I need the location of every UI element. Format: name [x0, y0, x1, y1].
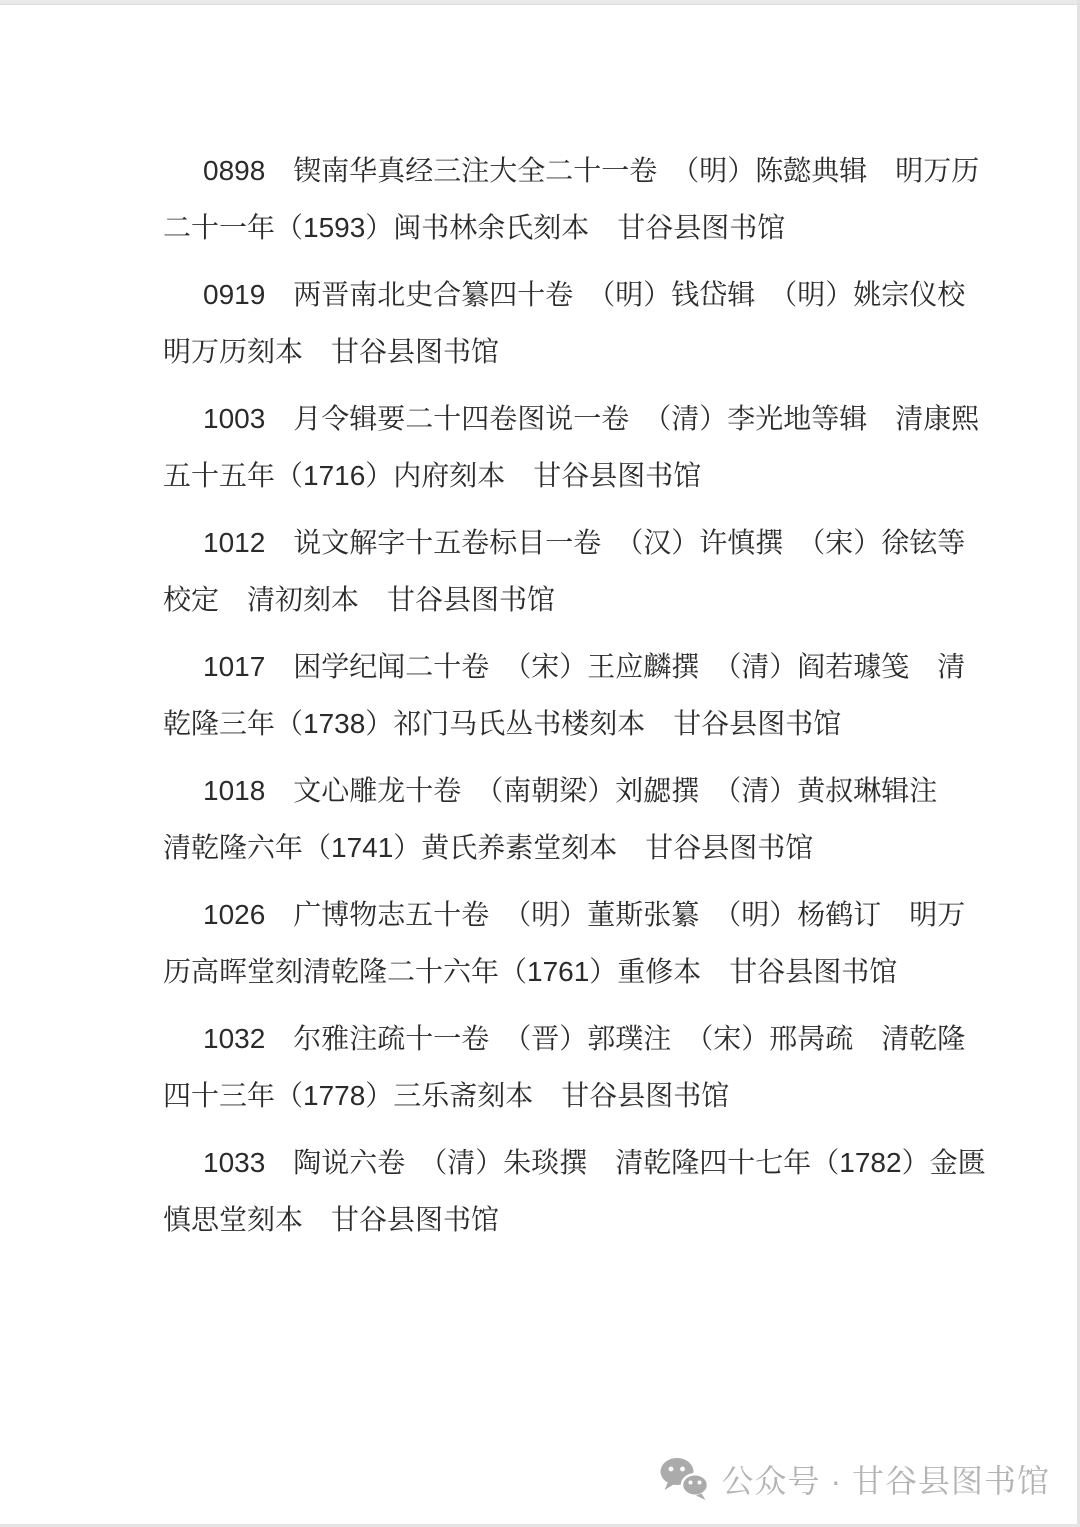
catalog-entry: 1032 尔雅注疏十一卷 （晋）郭璞注 （宋）邢昺疏 清乾隆 四十三年（1778…: [163, 1010, 963, 1124]
catalog-entry: 0898 锲南华真经三注大全二十一卷 （明）陈懿典辑 明万历 二十一年（1593…: [163, 142, 963, 256]
catalog-entry: 1003 月令辑要二十四卷图说一卷 （清）李光地等辑 清康熙 五十五年（1716…: [163, 390, 963, 504]
entry-line-2: 乾隆三年（1738）祁门马氏丛书楼刻本 甘谷县图书馆: [163, 695, 963, 752]
catalog-entry: 1026 广博物志五十卷 （明）董斯张纂 （明）杨鹤订 明万 历高晖堂刻清乾隆二…: [163, 886, 963, 1000]
entry-line-1: 1033 陶说六卷 （清）朱琰撰 清乾隆四十七年（1782）金匮: [163, 1134, 963, 1191]
entry-line-1: 1018 文心雕龙十卷 （南朝梁）刘勰撰 （清）黄叔琳辑注: [163, 762, 963, 819]
entry-line-2: 历高晖堂刻清乾隆二十六年（1761）重修本 甘谷县图书馆: [163, 943, 963, 1000]
catalog-entry: 1033 陶说六卷 （清）朱琰撰 清乾隆四十七年（1782）金匮 慎思堂刻本 甘…: [163, 1134, 963, 1248]
entry-line-1: 1003 月令辑要二十四卷图说一卷 （清）李光地等辑 清康熙: [163, 390, 963, 447]
page-top-edge: [0, 0, 1080, 5]
entry-line-2: 慎思堂刻本 甘谷县图书馆: [163, 1191, 963, 1248]
entry-line-1: 1017 困学纪闻二十卷 （宋）王应麟撰 （清）阎若璩笺 清: [163, 638, 963, 695]
entry-line-2: 明万历刻本 甘谷县图书馆: [163, 323, 963, 380]
entry-line-1: 0898 锲南华真经三注大全二十一卷 （明）陈懿典辑 明万历: [163, 142, 963, 199]
entry-line-1: 1012 说文解字十五卷标目一卷 （汉）许慎撰 （宋）徐铉等: [163, 514, 963, 571]
catalog-entry: 1017 困学纪闻二十卷 （宋）王应麟撰 （清）阎若璩笺 清 乾隆三年（1738…: [163, 638, 963, 752]
entry-line-2: 五十五年（1716）内府刻本 甘谷县图书馆: [163, 447, 963, 504]
entry-line-2: 校定 清初刻本 甘谷县图书馆: [163, 571, 963, 628]
catalog-entry: 0919 两晋南北史合纂四十卷 （明）钱岱辑 （明）姚宗仪校 明万历刻本 甘谷县…: [163, 266, 963, 380]
entry-line-1: 0919 两晋南北史合纂四十卷 （明）钱岱辑 （明）姚宗仪校: [163, 266, 963, 323]
entry-line-1: 1032 尔雅注疏十一卷 （晋）郭璞注 （宋）邢昺疏 清乾隆: [163, 1010, 963, 1067]
entry-line-2: 清乾隆六年（1741）黄氏养素堂刻本 甘谷县图书馆: [163, 819, 963, 876]
entry-line-2: 二十一年（1593）闽书林余氏刻本 甘谷县图书馆: [163, 199, 963, 256]
entry-line-2: 四十三年（1778）三乐斋刻本 甘谷县图书馆: [163, 1067, 963, 1124]
catalog-entry: 1018 文心雕龙十卷 （南朝梁）刘勰撰 （清）黄叔琳辑注 清乾隆六年（1741…: [163, 762, 963, 876]
wechat-icon: [660, 1457, 710, 1501]
catalog-entry: 1012 说文解字十五卷标目一卷 （汉）许慎撰 （宋）徐铉等 校定 清初刻本 甘…: [163, 514, 963, 628]
wechat-account-label: 公众号 · 甘谷县图书馆: [722, 1456, 1050, 1502]
entry-line-1: 1026 广博物志五十卷 （明）董斯张纂 （明）杨鹤订 明万: [163, 886, 963, 943]
catalog-entry-list: 0898 锲南华真经三注大全二十一卷 （明）陈懿典辑 明万历 二十一年（1593…: [163, 142, 963, 1258]
wechat-watermark: 公众号 · 甘谷县图书馆: [660, 1454, 1050, 1504]
